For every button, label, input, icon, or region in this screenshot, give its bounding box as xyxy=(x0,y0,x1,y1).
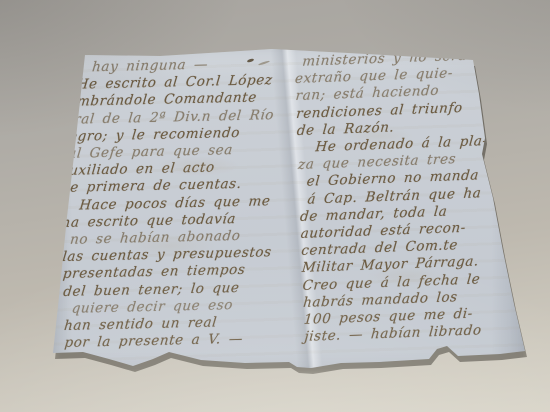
photo-background: no hay ninguna — He escrito al Cor.l Lóp… xyxy=(0,0,550,412)
letter-sheet: no hay ninguna — He escrito al Cor.l Lóp… xyxy=(48,46,530,372)
handwriting-line: por la presente a V. — xyxy=(64,330,278,352)
right-page: ministerios y no será extraño que le qui… xyxy=(294,46,527,346)
left-page: no hay ninguna — He escrito al Cor.l Lóp… xyxy=(58,55,277,352)
